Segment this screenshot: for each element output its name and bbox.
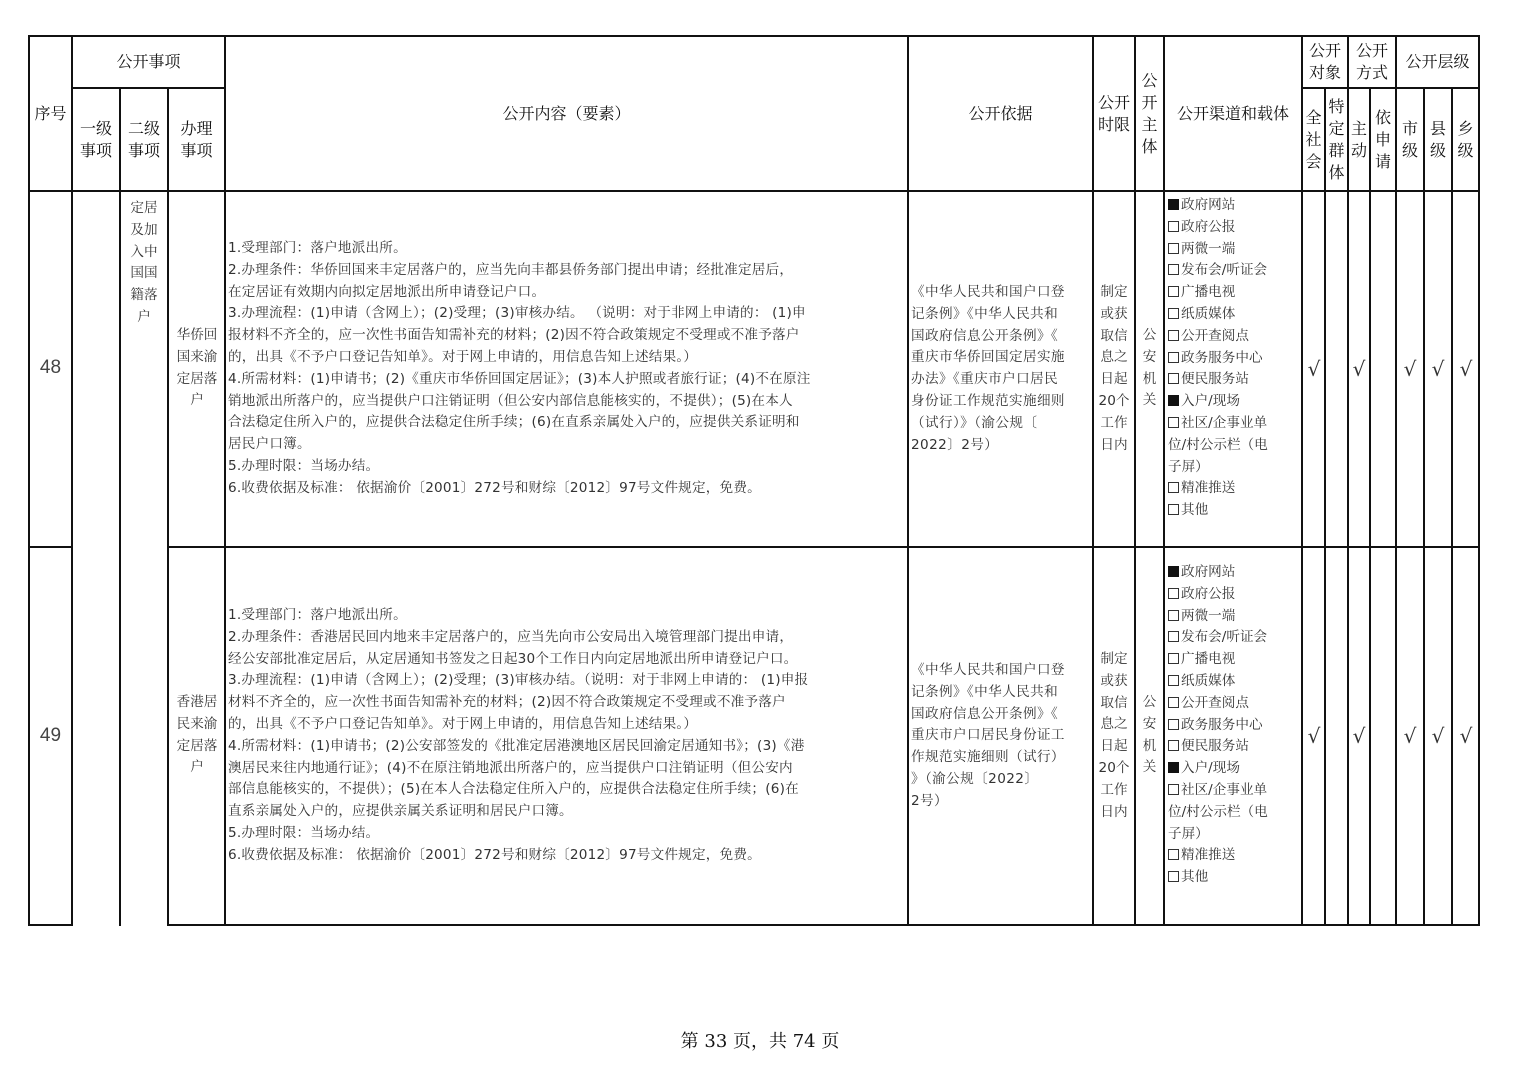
level2-item-continuation: 定居 及加 入中 国国 籍落 户 xyxy=(121,198,167,329)
checkbox-checked-icon xyxy=(1168,395,1179,406)
checkbox-icon xyxy=(1168,504,1179,515)
checkbox-icon xyxy=(1168,653,1179,664)
header-level: 公开层级 xyxy=(1397,37,1478,87)
checkbox-icon xyxy=(1168,308,1179,319)
header-object-all: 全 社 会 xyxy=(1303,89,1324,190)
row49-level-city-check: √ xyxy=(1398,724,1422,748)
checkbox-icon xyxy=(1168,849,1179,860)
row49-handling-item: 香港居 民来渝 定居落 户 xyxy=(169,692,225,779)
row49-channels: 政府网站 政府公报 两微一端 发布会/听证会 广播电视 纸质媒体 公开查阅点 政… xyxy=(1168,562,1268,889)
checkbox-icon xyxy=(1168,610,1179,621)
header-method-request: 依 申 请 xyxy=(1371,89,1395,190)
header-bottom-border xyxy=(28,190,1480,192)
row48-method-active-check: √ xyxy=(1347,357,1371,381)
col-line-method-active xyxy=(1369,87,1371,926)
channel-item: 政府网站 xyxy=(1168,195,1268,217)
channel-item: 公开查阅点 xyxy=(1168,326,1268,348)
checkbox-icon xyxy=(1168,352,1179,363)
channel-item: 政务服务中心 xyxy=(1168,348,1268,370)
row49-method-active-check: √ xyxy=(1347,724,1371,748)
header-level2: 二级 事项 xyxy=(121,89,167,190)
row48-level-city-check: √ xyxy=(1398,357,1422,381)
row49-subject: 公 安 机 关 xyxy=(1136,692,1163,779)
header-time-limit: 公开 时限 xyxy=(1094,37,1134,190)
header-content: 公开内容（要素） xyxy=(226,37,907,190)
channel-item: 入户/现场 xyxy=(1168,758,1268,780)
row49-basis: 《中华人民共和国户口登 记条例》《中华人民共和 国政府信息公开条例》《 重庆市户… xyxy=(911,660,1065,813)
header-method-active: 主 动 xyxy=(1349,89,1369,190)
col-line-obj-all xyxy=(1324,87,1326,926)
channel-item: 两微一端 xyxy=(1168,606,1268,628)
checkbox-icon xyxy=(1168,482,1179,493)
row48-channels: 政府网站 政府公报 两微一端 发布会/听证会 广播电视 纸质媒体 公开查阅点 政… xyxy=(1168,195,1268,522)
header-seq: 序号 xyxy=(30,37,71,190)
channel-item: 精准推送 xyxy=(1168,478,1268,500)
channel-item: 发布会/听证会 xyxy=(1168,627,1268,649)
channel-item: 入户/现场 xyxy=(1168,391,1268,413)
row48-bottom-border-a xyxy=(28,546,71,548)
row49-time-limit: 制定 或获 取信 息之 日起 20个 工作 日内 xyxy=(1094,649,1134,823)
row48-basis: 《中华人民共和国户口登 记条例》《中华人民共和 国政府信息公开条例》《 重庆市华… xyxy=(911,282,1065,456)
header-basis: 公开依据 xyxy=(909,37,1092,190)
checkbox-icon xyxy=(1168,697,1179,708)
table-bottom-border-a xyxy=(28,924,71,926)
checkbox-icon xyxy=(1168,588,1179,599)
header-handling: 办理 事项 xyxy=(169,89,224,190)
header-channels: 公开渠道和载体 xyxy=(1165,37,1301,190)
checkbox-icon xyxy=(1168,871,1179,882)
checkbox-icon xyxy=(1168,417,1179,428)
row48-subject: 公 安 机 关 xyxy=(1136,325,1163,412)
channel-item: 政府公报 xyxy=(1168,584,1268,606)
channel-item: 政务服务中心 xyxy=(1168,715,1268,737)
checkbox-checked-icon xyxy=(1168,566,1179,577)
table-bottom-border-b xyxy=(168,924,1480,926)
row49-seq: 49 xyxy=(29,725,72,747)
header-object-specific: 特 定 群 体 xyxy=(1326,89,1347,190)
checkbox-checked-icon xyxy=(1168,762,1179,773)
header-level-county: 县 级 xyxy=(1425,89,1451,190)
channel-item: 发布会/听证会 xyxy=(1168,260,1268,282)
row48-object-all-check: √ xyxy=(1302,357,1326,381)
col-line-right xyxy=(1478,35,1480,926)
row49-object-all-check: √ xyxy=(1302,724,1326,748)
row48-content: 1.受理部门：落户地派出所。 2.办理条件：华侨回国来丰定居落户的，应当先向丰都… xyxy=(228,238,811,500)
channel-item: 便民服务站 xyxy=(1168,369,1268,391)
col-line-level2 xyxy=(167,87,169,926)
checkbox-icon xyxy=(1168,373,1179,384)
header-object: 公开 对象 xyxy=(1303,37,1347,87)
channel-item: 纸质媒体 xyxy=(1168,671,1268,693)
checkbox-icon xyxy=(1168,631,1179,642)
header-level-town: 乡 级 xyxy=(1453,89,1478,190)
header-level-city: 市 级 xyxy=(1397,89,1423,190)
row49-level-town-check: √ xyxy=(1454,724,1478,748)
col-line-city xyxy=(1423,87,1425,926)
checkbox-icon xyxy=(1168,719,1179,730)
row48-bottom-border-b xyxy=(168,546,1480,548)
channel-item: 广播电视 xyxy=(1168,649,1268,671)
row48-level-town-check: √ xyxy=(1454,357,1478,381)
channel-item: 其他 xyxy=(1168,867,1268,889)
row48-time-limit: 制定 或获 取信 息之 日起 20个 工作 日内 xyxy=(1094,282,1134,456)
row49-level-county-check: √ xyxy=(1426,724,1450,748)
channel-item: 公开查阅点 xyxy=(1168,693,1268,715)
channel-item: 精准推送 xyxy=(1168,845,1268,867)
channel-item: 纸质媒体 xyxy=(1168,304,1268,326)
channel-item: 其他 xyxy=(1168,500,1268,522)
row48-level-county-check: √ xyxy=(1426,357,1450,381)
checkbox-icon xyxy=(1168,221,1179,232)
header-public-items: 公开事项 xyxy=(73,37,224,87)
checkbox-icon xyxy=(1168,264,1179,275)
channel-item: 政府公报 xyxy=(1168,217,1268,239)
header-subject: 公 开 主 体 xyxy=(1136,37,1163,190)
header-method: 公开 方式 xyxy=(1349,37,1395,87)
channel-item: 政府网站 xyxy=(1168,562,1268,584)
col-line-county xyxy=(1451,87,1453,926)
checkbox-icon xyxy=(1168,243,1179,254)
checkbox-icon xyxy=(1168,675,1179,686)
checkbox-checked-icon xyxy=(1168,199,1179,210)
channel-item: 广播电视 xyxy=(1168,282,1268,304)
checkbox-icon xyxy=(1168,286,1179,297)
row48-seq: 48 xyxy=(29,357,72,379)
channel-item: 两微一端 xyxy=(1168,239,1268,261)
channel-item: 社区/企事业单 位/村公示栏（电 子屏） xyxy=(1168,413,1268,478)
checkbox-icon xyxy=(1168,784,1179,795)
checkbox-icon xyxy=(1168,330,1179,341)
row49-content: 1.受理部门：落户地派出所。 2.办理条件：香港居民回内地来丰定居落户的，应当先… xyxy=(228,605,808,867)
header-level1: 一级 事项 xyxy=(73,89,119,190)
channel-item: 社区/企事业单 位/村公示栏（电 子屏） xyxy=(1168,780,1268,845)
channel-item: 便民服务站 xyxy=(1168,736,1268,758)
row48-handling-item: 华侨回 国来渝 定居落 户 xyxy=(169,325,225,412)
page-number: 第 33 页，共 74 页 xyxy=(0,1027,1520,1053)
checkbox-icon xyxy=(1168,740,1179,751)
